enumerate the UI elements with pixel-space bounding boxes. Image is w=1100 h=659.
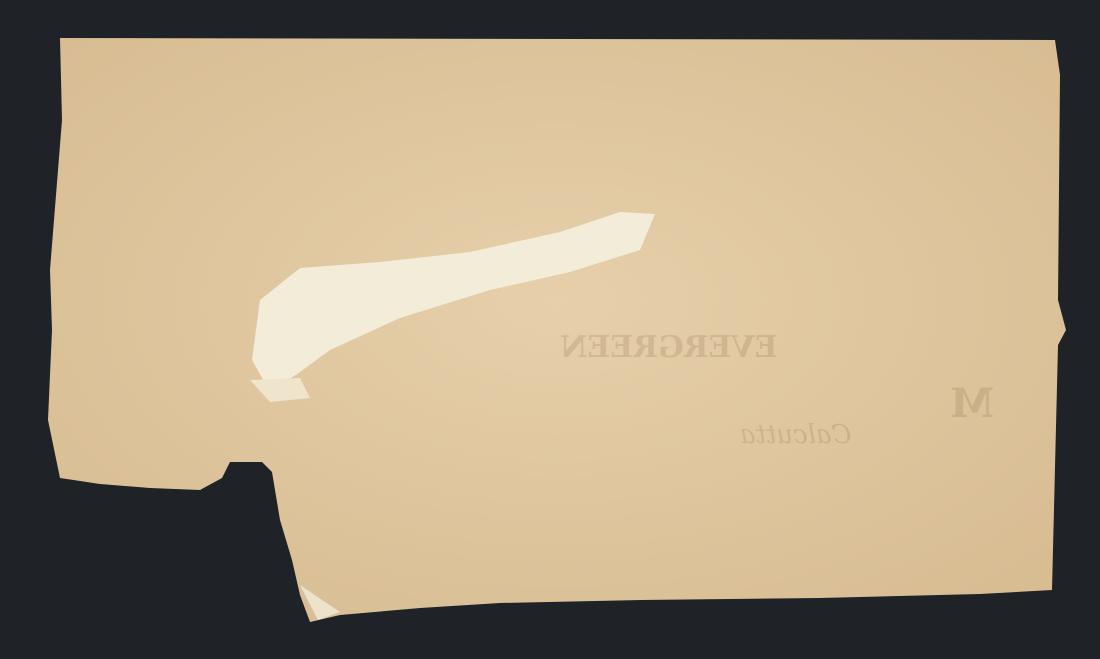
document-photo — [0, 0, 1100, 659]
torn-paper-sheet — [48, 38, 1066, 622]
ghost-text-mark: M — [950, 380, 994, 427]
ghost-text-center: EVERGREEN — [560, 330, 778, 365]
ghost-text-script: Calcutta — [740, 420, 851, 450]
